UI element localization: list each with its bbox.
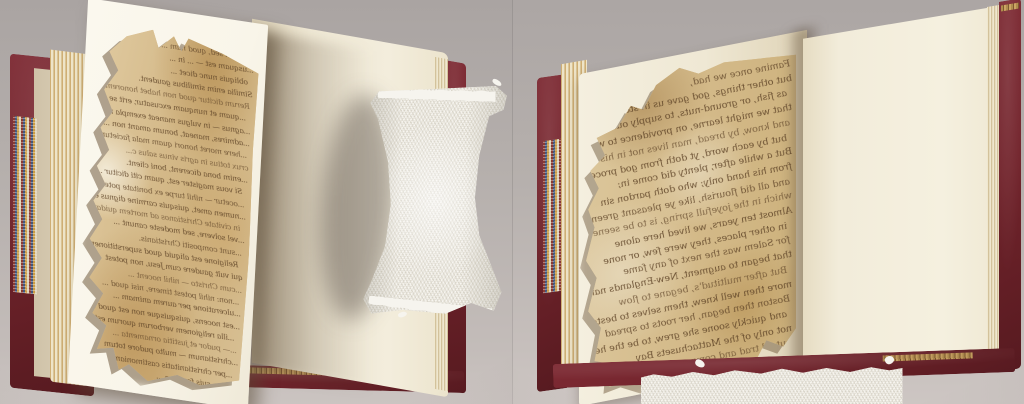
two-photo-composite: ...quam sed, quod nam ......usquam est —…	[0, 0, 1024, 404]
manuscript-fragment-latin: ...quam sed, quod nam ......usquam est —…	[80, 22, 260, 395]
gilt-tooling-bottom	[882, 352, 972, 361]
photo-right-book: Famine once we had,but other things, god…	[512, 0, 1024, 404]
mirrored-latin-handwriting: ...quam sed, quod nam ......usquam est —…	[80, 22, 260, 395]
blank-right-page	[803, 5, 1003, 386]
right-book-back-board-edge	[999, 0, 1021, 372]
fray-thread	[491, 78, 502, 87]
photo-left-book: ...quam sed, quod nam ......usquam est —…	[0, 0, 512, 404]
gilt-tooling-top	[1001, 2, 1019, 11]
fore-edge-page-stack	[987, 5, 999, 365]
left-page-with-fragment: Famine once we had,but other things, god…	[579, 30, 807, 404]
lifted-white-leaf: ...quam sed, quod nam ......usquam est —…	[68, 0, 268, 404]
marbled-endpaper-strip	[13, 116, 37, 295]
marbled-endpaper-strip	[543, 138, 563, 293]
